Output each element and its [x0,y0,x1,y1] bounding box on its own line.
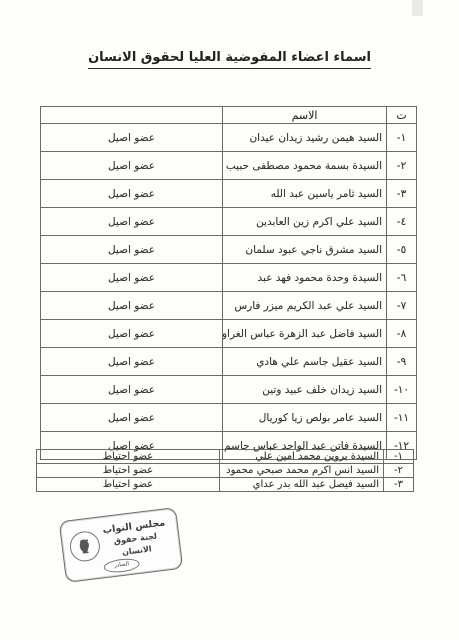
member-number: ٣- [384,478,414,492]
member-status: عضو احتياط [37,478,220,492]
table-header-row: ت الاسم [41,107,417,124]
document-title: اسماء اعضاء المفوضية العليا لحقوق الانسا… [0,50,459,65]
reserve-members-table: ١- السيدة بروين محمد امين علي عضو احتياط… [36,449,414,492]
member-name: السيد انس اكرم محمد صبحي محمود [220,464,384,478]
table-row: ٢- السيدة بسمة محمود مصطفى حبيب عضو اصيل [41,152,417,180]
member-number: ٢- [387,152,417,180]
member-status: عضو احتياط [37,450,220,464]
member-name: السيد علي عبد الكريم ميزر فارس [223,292,387,320]
member-name: السيد ثامر ياسين عبد الله [223,180,387,208]
scan-artifact [412,0,423,16]
member-status: عضو اصيل [41,152,223,180]
member-number: ٧- [387,292,417,320]
member-status: عضو اصيل [41,292,223,320]
member-name: السيدة وحدة محمود فهد عبد [223,264,387,292]
member-name: السيد فاضل عبد الزهرة عباس الغراوي [223,320,387,348]
header-name: الاسم [223,107,387,124]
member-name: السيد عامر بولص زيا كوريال [223,404,387,432]
table-row: ٩- السيد عقيل جاسم علي هادي عضو اصيل [41,348,417,376]
table-row: ٣- السيد ثامر ياسين عبد الله عضو اصيل [41,180,417,208]
member-name: السيدة بسمة محمود مصطفى حبيب [223,152,387,180]
member-number: ١- [387,124,417,152]
table-row: ٥- السيد مشرق ناجي عبود سلمان عضو اصيل [41,236,417,264]
table-row: ٨- السيد فاضل عبد الزهرة عباس الغراوي عض… [41,320,417,348]
member-name: السيد مشرق ناجي عبود سلمان [223,236,387,264]
member-status: عضو اصيل [41,348,223,376]
table-row: ٤- السيد علي اكرم زين العابدين عضو اصيل [41,208,417,236]
member-number: ٢- [384,464,414,478]
table-row: ٣- السيد فيصل عبد الله بدر عداي عضو احتي… [37,478,414,492]
table-row: ٧- السيد علي عبد الكريم ميزر فارس عضو اص… [41,292,417,320]
member-number: ١- [384,450,414,464]
member-status: عضو احتياط [37,464,220,478]
member-status: عضو اصيل [41,320,223,348]
member-name: السيد عقيل جاسم علي هادي [223,348,387,376]
member-number: ٩- [387,348,417,376]
table-row: ١- السيدة بروين محمد امين علي عضو احتياط [37,450,414,464]
member-status: عضو اصيل [41,236,223,264]
scanned-document-page: اسماء اعضاء المفوضية العليا لحقوق الانسا… [0,0,459,640]
document-title-text: اسماء اعضاء المفوضية العليا لحقوق الانسا… [88,50,371,69]
member-status: عضو اصيل [41,404,223,432]
primary-members-table: ت الاسم ١- السيد هيمن رشيد زيدان عيدان ع… [40,106,417,460]
member-number: ١٠- [387,376,417,404]
stamp-text-block: مجلس النواب لجنة حقوق الانسان [97,515,173,561]
table-row: ١١- السيد عامر بولص زيا كوريال عضو اصيل [41,404,417,432]
table-row: ٢- السيد انس اكرم محمد صبحي محمود عضو اح… [37,464,414,478]
member-status: عضو اصيل [41,180,223,208]
member-number: ٦- [387,264,417,292]
table-row: ١- السيد هيمن رشيد زيدان عيدان عضو اصيل [41,124,417,152]
member-name: السيد علي اكرم زين العابدين [223,208,387,236]
member-status: عضو اصيل [41,124,223,152]
member-number: ٥- [387,236,417,264]
iraq-eagle-emblem-icon [68,530,101,563]
member-name: السيد زيدان خلف عبيد وتين [223,376,387,404]
member-status: عضو اصيل [41,208,223,236]
member-number: ٤- [387,208,417,236]
member-number: ١١- [387,404,417,432]
official-rubber-stamp: مجلس النواب لجنة حقوق الانسان الصادر [59,507,184,583]
member-number: ٨- [387,320,417,348]
table-row: ١٠- السيد زيدان خلف عبيد وتين عضو اصيل [41,376,417,404]
member-number: ٣- [387,180,417,208]
header-status [41,107,223,124]
member-status: عضو اصيل [41,376,223,404]
table-row: ٦- السيدة وحدة محمود فهد عبد عضو اصيل [41,264,417,292]
member-name: السيد هيمن رشيد زيدان عيدان [223,124,387,152]
member-name: السيد فيصل عبد الله بدر عداي [220,478,384,492]
header-number: ت [387,107,417,124]
member-name: السيدة بروين محمد امين علي [220,450,384,464]
member-status: عضو اصيل [41,264,223,292]
